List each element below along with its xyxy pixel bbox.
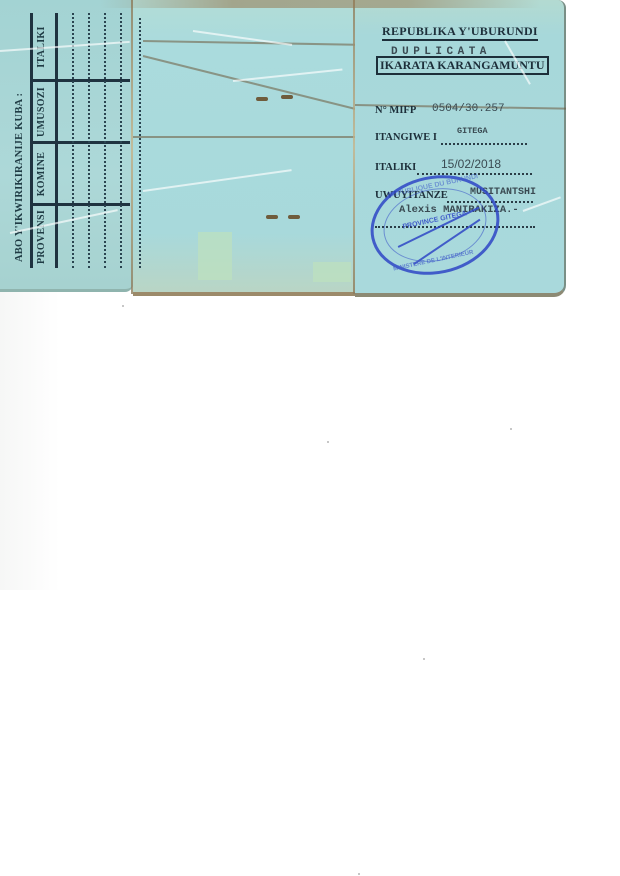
id-card: ABO Y'IKWIRIKIRANIJE KUBA : PROVENSI KOM… [0, 0, 566, 297]
paper-crease [143, 169, 292, 192]
paper-crease [133, 136, 355, 138]
entry-line [72, 13, 74, 268]
staple-mark [281, 95, 293, 99]
scan-speck [327, 441, 329, 443]
tape-patch [198, 232, 232, 280]
entry-line [120, 13, 122, 268]
country-title: REPUBLIKA Y'UBURUNDI [382, 24, 538, 41]
paper-crease [233, 69, 343, 82]
paper-crease [143, 40, 363, 46]
tape-patch [313, 262, 351, 282]
scan-speck [510, 428, 512, 430]
middle-panel [133, 0, 355, 296]
itangiwe-dotted-line [441, 143, 527, 145]
staple-mark [266, 215, 278, 219]
staple-mark [256, 97, 268, 101]
mifp-label: N° MIFP [375, 105, 416, 116]
column-header-umusozi: UMUSOZI [36, 82, 47, 142]
column-header-provensi: PROVENSI [36, 206, 47, 268]
scan-speck [122, 305, 124, 307]
itangiwe-label: ITANGIWE I [375, 132, 437, 143]
paper-crease [143, 55, 367, 113]
scan-shadow [0, 290, 60, 590]
residence-table: PROVENSI KOMINE UMUSOZI ITALIKI [30, 13, 130, 268]
scan-speck [423, 658, 425, 660]
scan-speck [358, 873, 360, 875]
italiki-value: 15/02/2018 [441, 157, 501, 171]
left-panel-title: ABO Y'IKWIRIKIRANIJE KUBA : [14, 93, 25, 262]
paper-crease [523, 196, 561, 212]
top-edge-wear [100, 0, 540, 8]
left-panel: ABO Y'IKWIRIKIRANIJE KUBA : PROVENSI KOM… [0, 0, 133, 292]
itangiwe-value: GITEGA [457, 126, 488, 136]
mifp-value: 0504/30.257 [432, 103, 505, 115]
entry-line [88, 13, 90, 268]
dotted-edge-line [139, 18, 141, 268]
italiki-label: ITALIKI [375, 162, 416, 173]
entry-line [104, 13, 106, 268]
column-header-komine: KOMINE [36, 144, 47, 204]
staple-mark [288, 215, 300, 219]
